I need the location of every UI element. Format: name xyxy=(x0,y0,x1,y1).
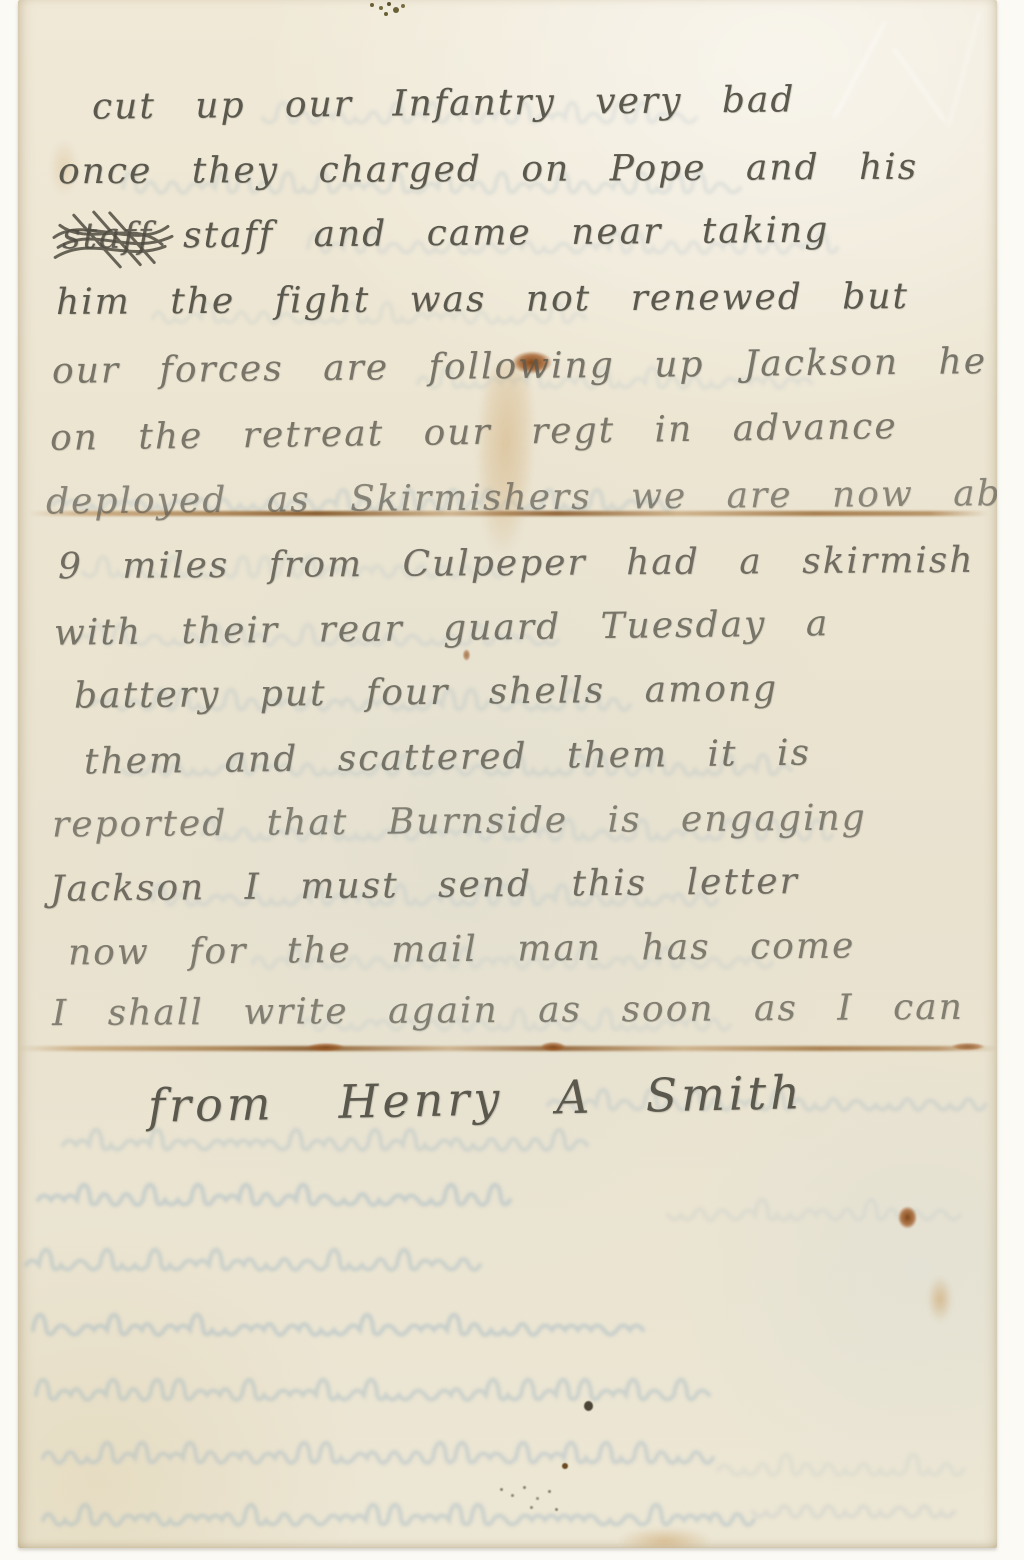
crease-mark xyxy=(892,47,946,122)
struck-word: staff xyxy=(62,219,153,256)
letter-line: I shall write again as soon as I can xyxy=(52,990,964,1032)
letter-line: Jackson I must send this letter xyxy=(50,864,799,908)
stain-speckles-top xyxy=(370,3,374,7)
stain-rust-speck xyxy=(462,648,471,662)
stain-rust-dot-right xyxy=(896,1204,919,1231)
letter-line: with their rear guard Tuesday a xyxy=(54,606,830,651)
letter-line: reported that Burnside is engaging xyxy=(52,800,867,843)
stain-dark-dot xyxy=(584,1401,593,1411)
letter-line: 9 miles from Culpeper had a skirmish xyxy=(58,543,975,585)
letter-paper: cut up our Infantry very bad once they c… xyxy=(18,0,997,1548)
letter-line: our forces are following up Jackson he xyxy=(52,344,987,390)
letter-line: now for the mail man has come xyxy=(68,929,856,972)
letter-line: once they charged on Pope and his xyxy=(58,150,918,191)
stain-speckle-cluster xyxy=(500,1488,503,1491)
crease-mark xyxy=(832,21,886,120)
letter-line-with-strikeout: staff staff and came near taking xyxy=(62,213,830,256)
signature: fromHenry A Smith xyxy=(148,1065,805,1133)
crease-mark xyxy=(948,12,981,128)
fold-line-lower xyxy=(18,1046,997,1051)
signature-name: Henry A Smith xyxy=(338,1065,804,1129)
stain-small-speck xyxy=(562,1463,568,1469)
stain-tea-smear-right xyxy=(924,1270,956,1328)
letter-line: him the fight was not renewed but xyxy=(56,279,909,321)
letter-line: battery put four shells among xyxy=(74,671,778,714)
letter-line: them and scattered them it is xyxy=(84,736,811,781)
stain-bottom-center xyxy=(606,1524,724,1548)
letter-line-text: staff and came near taking xyxy=(183,210,830,257)
scanned-letter-page: cut up our Infantry very bad once they c… xyxy=(0,0,1024,1560)
struck-word-text: staff xyxy=(62,216,153,258)
signature-prefix: from xyxy=(148,1076,275,1133)
letter-line: on the retreat our regt in advance xyxy=(50,409,898,457)
letter-line: deployed as Skirmishers we are now about xyxy=(46,476,997,521)
letter-line: cut up our Infantry very bad xyxy=(92,82,796,125)
